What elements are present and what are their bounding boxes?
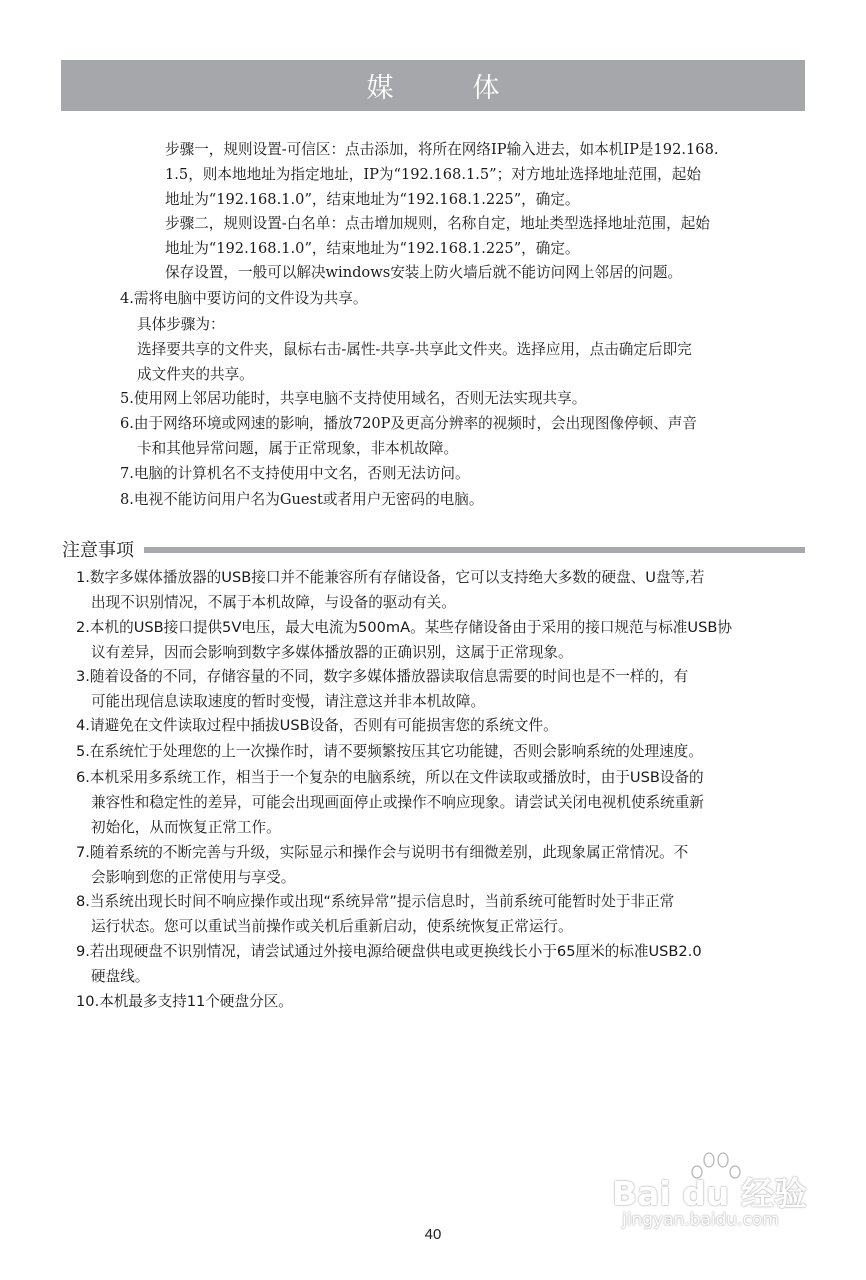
share-item-text: 5.使用网上邻居功能时，共享电脑不支持使用域名，否则无法实现共享。 bbox=[120, 386, 586, 411]
note-line: 运行状态。您可以重试当前操作或关机后重新启动，使系统恢复正常运行。 bbox=[76, 914, 674, 939]
heading-divider bbox=[144, 547, 805, 553]
share-item-text: 7.电脑的计算机名不支持使用中文名，否则无法访问。 bbox=[120, 461, 470, 486]
note-item-2: 2.本机的USB接口提供5V电压，最大电流为500mA。某些存储设备由于采用的接… bbox=[76, 615, 732, 665]
note-line: 5.在系统忙于处理您的上一次操作时，请不要频繁按压其它功能键，否则会影响系统的处… bbox=[76, 743, 703, 760]
page-title: 媒 体 bbox=[341, 66, 526, 105]
note-line: 2.本机的USB接口提供5V电压，最大电流为500mA。某些存储设备由于采用的接… bbox=[76, 619, 732, 636]
note-line: 7.随着系统的不断完善与升级，实际显示和操作会与说明书有细微差别，此现象属正常情… bbox=[76, 844, 688, 861]
share-item-text: 8.电视不能访问用户名为Guest或者用户无密码的电脑。 bbox=[120, 487, 483, 512]
note-line: 8.当系统出现长时间不响应操作或出现“系统异常”提示信息时，当前系统可能暂时处于… bbox=[76, 893, 674, 910]
step-one-line-2: 1.5，则本地地址为指定地址，IP为“192.168.1.5”；对方地址选择地址… bbox=[165, 162, 719, 187]
note-line: 3.随着设备的不同，存储容量的不同，数字多媒体播放器读取信息需要的时间也是不一样… bbox=[76, 668, 688, 685]
note-line: 1.数字多媒体播放器的USB接口并不能兼容所有存储设备，它可以支持绝大多数的硬盘… bbox=[76, 569, 704, 586]
share-item-line-2: 卡和其他异常问题，属于正常现象，非本机故障。 bbox=[120, 436, 697, 461]
share-item-text: 4.需将电脑中要访问的文件设为共享。 bbox=[120, 286, 367, 311]
share-steps-label: 具体步骤为： bbox=[137, 312, 225, 337]
step-one-block: 步骤一，规则设置-可信区：点击添加，将所在网络IP输入进去，如本机IP是192.… bbox=[165, 137, 719, 212]
step-one-line-3: 地址为“192.168.1.0”，结束地址为“192.168.1.225”，确定… bbox=[165, 187, 719, 212]
note-item-1: 1.数字多媒体播放器的USB接口并不能兼容所有存储设备，它可以支持绝大多数的硬盘… bbox=[76, 565, 704, 615]
note-item-3: 3.随着设备的不同，存储容量的不同，数字多媒体播放器读取信息需要的时间也是不一样… bbox=[76, 664, 688, 714]
step-two-block: 步骤二，规则设置-白名单：点击增加规则，名称自定，地址类型选择地址范围，起始 地… bbox=[165, 211, 710, 261]
note-line: 兼容性和稳定性的差异，可能会出现画面停止或操作不响应现象。请尝试关闭电视机使系统… bbox=[76, 790, 704, 815]
note-item-5: 5.在系统忙于处理您的上一次操作时，请不要频繁按压其它功能键，否则会影响系统的处… bbox=[76, 739, 703, 764]
note-line: 议有差异，因而会影响到数字多媒体播放器的正确识别，这属于正常现象。 bbox=[76, 640, 732, 665]
note-line: 会影响到您的正常使用与享受。 bbox=[76, 865, 688, 890]
step-two-line-2: 地址为“192.168.1.0”，结束地址为“192.168.1.225”，确定… bbox=[165, 236, 710, 261]
share-item-8: 8.电视不能访问用户名为Guest或者用户无密码的电脑。 bbox=[120, 487, 483, 512]
note-line: 出现不识别情况，不属于本机故障，与设备的驱动有关。 bbox=[76, 590, 704, 615]
note-line: 9.若出现硬盘不识别情况，请尝试通过外接电源给硬盘供电或更换线长小于65厘米的标… bbox=[76, 943, 702, 960]
share-steps-heading: 具体步骤为： bbox=[137, 312, 225, 337]
note-line: 初始化，从而恢复正常工作。 bbox=[76, 815, 704, 840]
share-steps-detail: 选择要共享的文件夹，鼠标右击-属性-共享-共享此文件夹。选择应用，点击确定后即完… bbox=[137, 337, 692, 387]
share-steps-line-2: 成文件夹的共享。 bbox=[137, 362, 692, 387]
note-line: 4.请避免在文件读取过程中插拔USB设备，否则有可能损害您的系统文件。 bbox=[76, 717, 558, 734]
save-note-text: 保存设置，一般可以解决windows安装上防火墙后就不能访问网上邻居的问题。 bbox=[165, 260, 682, 285]
section-title-bar: 媒 体 bbox=[61, 60, 805, 111]
note-line: 硬盘线。 bbox=[76, 964, 702, 989]
step-two-line-1: 步骤二，规则设置-白名单：点击增加规则，名称自定，地址类型选择地址范围，起始 bbox=[165, 211, 710, 236]
share-item-6: 6.由于网络环境或网速的影响，播放720P及更高分辨率的视频时，会出现图像停顿、… bbox=[120, 411, 697, 461]
share-item-5: 5.使用网上邻居功能时，共享电脑不支持使用域名，否则无法实现共享。 bbox=[120, 386, 586, 411]
notes-heading: 注意事项 bbox=[62, 536, 134, 562]
note-item-10: 10.本机最多支持11个硬盘分区。 bbox=[76, 989, 293, 1014]
share-item-4: 4.需将电脑中要访问的文件设为共享。 bbox=[120, 286, 367, 311]
note-item-4: 4.请避免在文件读取过程中插拔USB设备，否则有可能损害您的系统文件。 bbox=[76, 713, 558, 738]
notes-section-header: 注意事项 bbox=[62, 536, 805, 562]
note-line: 6.本机采用多系统工作，相当于一个复杂的电脑系统，所以在文件读取或播放时，由于U… bbox=[76, 769, 704, 786]
page-number: 40 bbox=[0, 1226, 866, 1243]
share-item-7: 7.电脑的计算机名不支持使用中文名，否则无法访问。 bbox=[120, 461, 470, 486]
note-line: 10.本机最多支持11个硬盘分区。 bbox=[76, 993, 293, 1010]
note-line: 可能出现信息读取速度的暂时变慢，请注意这并非本机故障。 bbox=[76, 689, 688, 714]
note-item-7: 7.随着系统的不断完善与升级，实际显示和操作会与说明书有细微差别，此现象属正常情… bbox=[76, 840, 688, 890]
baidu-watermark: Bai du 经验 jingyan.baidu.com bbox=[612, 1150, 812, 1235]
watermark-logo: Bai du 经验 bbox=[612, 1168, 807, 1215]
note-item-9: 9.若出现硬盘不识别情况，请尝试通过外接电源给硬盘供电或更换线长小于65厘米的标… bbox=[76, 939, 702, 989]
share-item-line-1: 6.由于网络环境或网速的影响，播放720P及更高分辨率的视频时，会出现图像停顿、… bbox=[120, 411, 697, 436]
note-item-8: 8.当系统出现长时间不响应操作或出现“系统异常”提示信息时，当前系统可能暂时处于… bbox=[76, 889, 674, 939]
note-item-6: 6.本机采用多系统工作，相当于一个复杂的电脑系统，所以在文件读取或播放时，由于U… bbox=[76, 765, 704, 840]
share-steps-line-1: 选择要共享的文件夹，鼠标右击-属性-共享-共享此文件夹。选择应用，点击确定后即完 bbox=[137, 337, 692, 362]
save-note: 保存设置，一般可以解决windows安装上防火墙后就不能访问网上邻居的问题。 bbox=[165, 260, 682, 285]
step-one-line-1: 步骤一，规则设置-可信区：点击添加，将所在网络IP输入进去，如本机IP是192.… bbox=[165, 137, 719, 162]
